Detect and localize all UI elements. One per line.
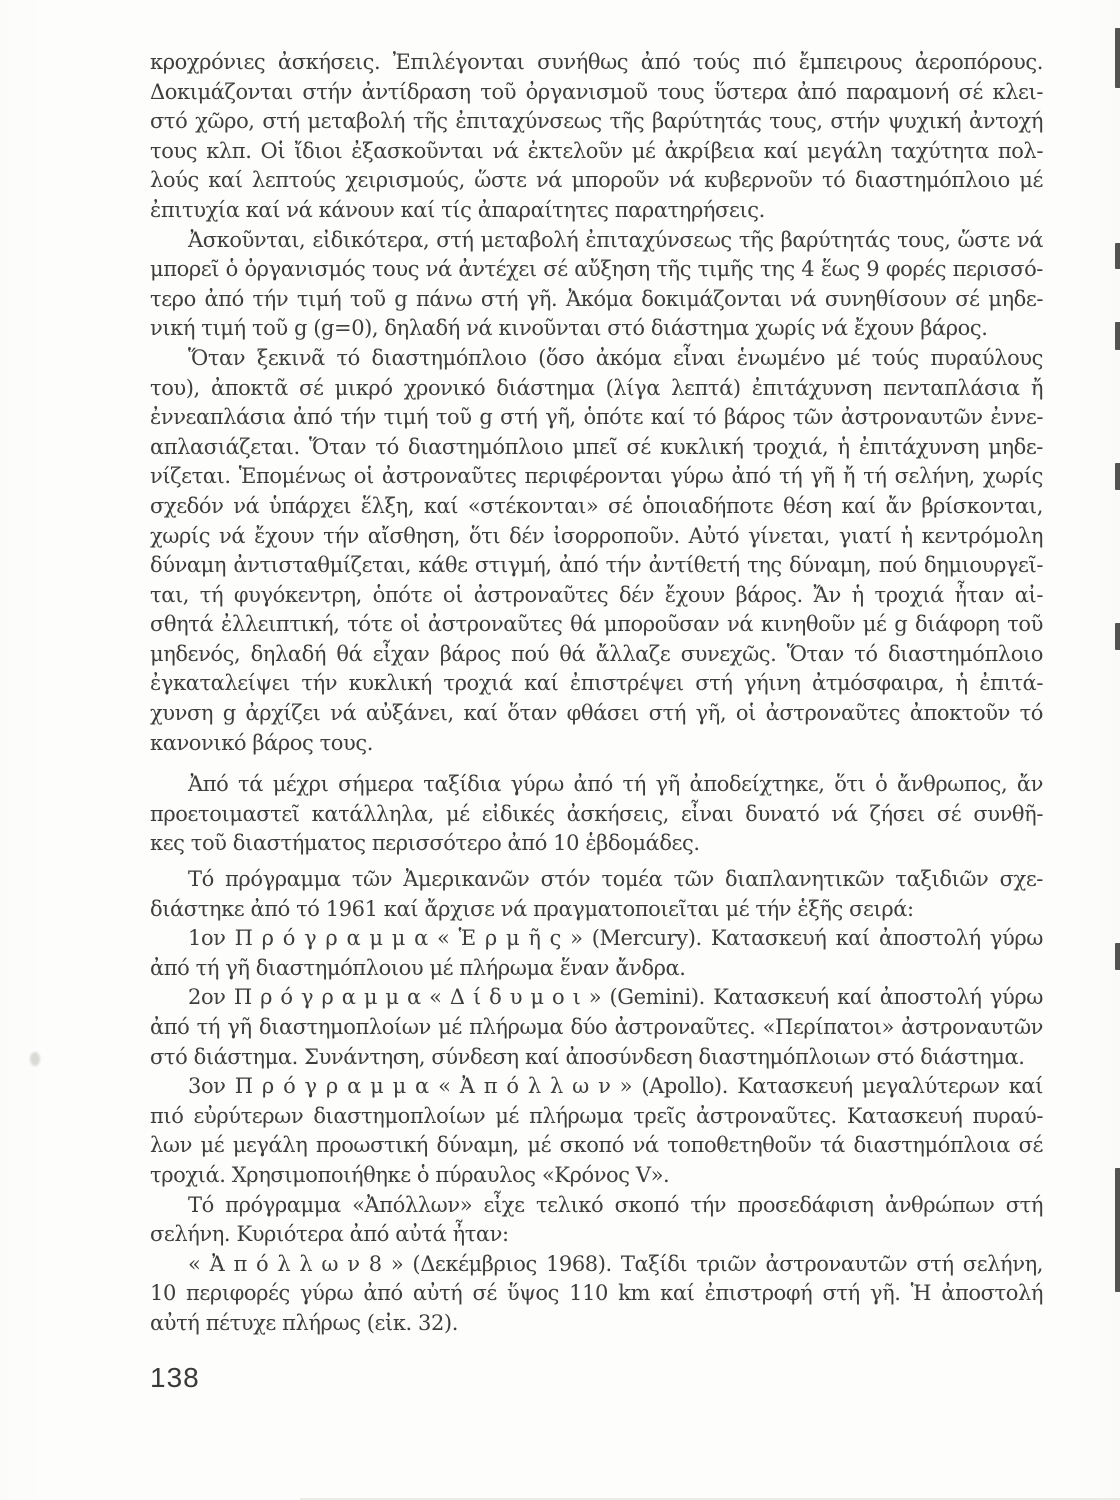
text-line: προετοιμαστεῖ κατάλληλα, μέ εἰδικές ἀσκή…: [150, 800, 1043, 830]
scan-artifact: [30, 1052, 40, 1066]
text-line: ἀπό τή γῆ διαστημοπλοίων μέ πλήρωμα δύο …: [150, 1013, 1043, 1043]
text-line: Ἀπό τά μέχρι σήμερα ταξίδια γύρω ἀπό τή …: [150, 770, 1043, 800]
scan-artifact: [1115, 463, 1120, 490]
text-line: Ὅταν ξεκινᾶ τό διαστημόπλοιο (ὅσο ἀκόμα …: [150, 344, 1043, 374]
paragraph: 2ον Π ρ ό γ ρ α μ μ α « Δ ί δ υ μ ο ι » …: [150, 983, 1043, 1072]
text-line: μπορεῖ ὁ ὀργανισμός τους νά ἀντέχει σέ α…: [150, 255, 1043, 285]
paragraph: 1ον Π ρ ό γ ρ α μ μ α « Ἑ ρ μ ῆ ς » (Mer…: [150, 924, 1043, 983]
text-line: 1ον Π ρ ό γ ρ α μ μ α « Ἑ ρ μ ῆ ς » (Mer…: [150, 924, 1043, 954]
scan-artifact: [1115, 943, 1120, 970]
text-line: κροχρόνιες ἀσκήσεις. Ἐπιλέγονται συνήθως…: [150, 48, 1043, 78]
text-line: χωρίς νά ἔχουν τήν αἴσθηση, ὅτι δέν ἰσορ…: [150, 522, 1043, 552]
text-line: λούς καί λεπτούς χειρισμούς, ὥστε νά μπο…: [150, 166, 1043, 196]
paragraph: Ἀπό τά μέχρι σήμερα ταξίδια γύρω ἀπό τή …: [150, 770, 1043, 859]
text-line: νίζεται. Ἑπομένως οἱ ἀστροναῦτες περιφέρ…: [150, 462, 1043, 492]
text-line: δύναμη ἀντισταθμίζεται, κάθε στιγμή, ἀπό…: [150, 551, 1043, 581]
text-line: λων μέ μεγάλη προωστική δύναμη, μέ σκοπό…: [150, 1131, 1043, 1161]
text-line: ἀπό τή γῆ διαστημόπλοιου μέ πλήρωμα ἕναν…: [150, 954, 1043, 984]
scanned-page: κροχρόνιες ἀσκήσεις. Ἐπιλέγονται συνήθως…: [0, 0, 1120, 1500]
text-line: στό διάστημα. Συνάντηση, σύνδεση καί ἀπο…: [150, 1043, 1043, 1073]
paragraph: Τό πρόγραμμα «Ἀπόλλων» εἶχε τελικό σκοπό…: [150, 1191, 1043, 1250]
text-line: ἐπιτυχία καί νά κάνουν καί τίς ἀπαραίτητ…: [150, 196, 1043, 226]
text-line: 10 περιφορές γύρω ἀπό αὐτή σέ ὕψος 110 k…: [150, 1279, 1043, 1309]
paragraph: 3ον Π ρ ό γ ρ α μ μ α « Ἀ π ό λ λ ω ν » …: [150, 1072, 1043, 1190]
text-line: Δοκιμάζονται στήν ἀντίδραση τοῦ ὀργανισμ…: [150, 78, 1043, 108]
text-line: κανονικό βάρος τους.: [150, 729, 1043, 759]
text-line: τροχιά. Χρησιμοποιήθηκε ὁ πύραυλος «Κρόν…: [150, 1161, 1043, 1191]
text-line: σχεδόν νά ὑπάρχει ἕλξη, καί «στέκονται» …: [150, 492, 1043, 522]
text-line: αὐτή πέτυχε πλήρως (εἰκ. 32).: [150, 1309, 1043, 1339]
scan-artifact: [1115, 243, 1120, 269]
text-line: τους κλπ. Οἱ ἴδιοι ἐξασκοῦνται νά ἐκτελο…: [150, 137, 1043, 167]
text-line: στό χῶρο, στή μεταβολή τῆς ἐπιταχύνσεως …: [150, 107, 1043, 137]
text-line: ται, τή φυγόκεντρη, ὁπότε οἱ ἀστροναῦτες…: [150, 581, 1043, 611]
text-line: Ἀσκοῦνται, εἰδικότερα, στή μεταβολή ἐπιτ…: [150, 226, 1043, 256]
text-line: Τό πρόγραμμα τῶν Ἀμερικανῶν στόν τομέα τ…: [150, 865, 1043, 895]
paragraph: « Ἀ π ό λ λ ω ν 8 » (Δεκέμβριος 1968). Τ…: [150, 1250, 1043, 1339]
text-line: 2ον Π ρ ό γ ρ α μ μ α « Δ ί δ υ μ ο ι » …: [150, 983, 1043, 1013]
paragraph: Τό πρόγραμμα τῶν Ἀμερικανῶν στόν τομέα τ…: [150, 865, 1043, 924]
text-line: Τό πρόγραμμα «Ἀπόλλων» εἶχε τελικό σκοπό…: [150, 1191, 1043, 1221]
text-line: τερο ἀπό τήν τιμή τοῦ g πάνω στή γῆ. Ἀκό…: [150, 285, 1043, 315]
text-line: απλασιάζεται. Ὅταν τό διαστημόπλοιο μπεῖ…: [150, 433, 1043, 463]
text-line: του), ἀποκτᾶ σέ μικρό χρονικό διάστημα (…: [150, 374, 1043, 404]
text-line: σελήνη. Κυριότερα ἀπό αὐτά ἦταν:: [150, 1220, 1043, 1250]
text-block: κροχρόνιες ἀσκήσεις. Ἐπιλέγονται συνήθως…: [150, 48, 1043, 1339]
paragraph: Ἀσκοῦνται, εἰδικότερα, στή μεταβολή ἐπιτ…: [150, 226, 1043, 344]
scan-artifact: [1115, 1168, 1120, 1292]
text-line: μηδενός, δηλαδή θά εἶχαν βάρος πού θά ἄλ…: [150, 640, 1043, 670]
text-line: « Ἀ π ό λ λ ω ν 8 » (Δεκέμβριος 1968). Τ…: [150, 1250, 1043, 1280]
text-line: νική τιμή τοῦ g (g=0), δηλαδή νά κινοῦντ…: [150, 314, 1043, 344]
text-line: 3ον Π ρ ό γ ρ α μ μ α « Ἀ π ό λ λ ω ν » …: [150, 1072, 1043, 1102]
text-line: κες τοῦ διαστήματος περισσότερο ἀπό 10 ἑ…: [150, 829, 1043, 859]
text-line: ἐννεαπλάσια ἀπό τήν τιμή τοῦ g στή γῆ, ὁ…: [150, 403, 1043, 433]
text-line: χυνση g ἀρχίζει νά αὐξάνει, καί ὅταν φθά…: [150, 699, 1043, 729]
paragraph: κροχρόνιες ἀσκήσεις. Ἐπιλέγονται συνήθως…: [150, 48, 1043, 226]
text-line: ἐγκαταλείψει τήν κυκλική τροχιά καί ἐπισ…: [150, 669, 1043, 699]
text-line: σθητά ἐλλειπτική, τότε οἱ ἀστροναῦτες θά…: [150, 610, 1043, 640]
paragraph: Ὅταν ξεκινᾶ τό διαστημόπλοιο (ὅσο ἀκόμα …: [150, 344, 1043, 758]
scan-artifact: [1115, 623, 1120, 650]
scan-artifact: [1115, 322, 1120, 350]
page-number: 138: [150, 1362, 200, 1394]
text-line: πιό εὐρύτερων διαστημοπλοίων μέ πλήρωμα …: [150, 1102, 1043, 1132]
text-line: διάστηκε ἀπό τό 1961 καί ἄρχισε νά πραγμ…: [150, 895, 1043, 925]
scan-artifact: [1115, 28, 1120, 88]
